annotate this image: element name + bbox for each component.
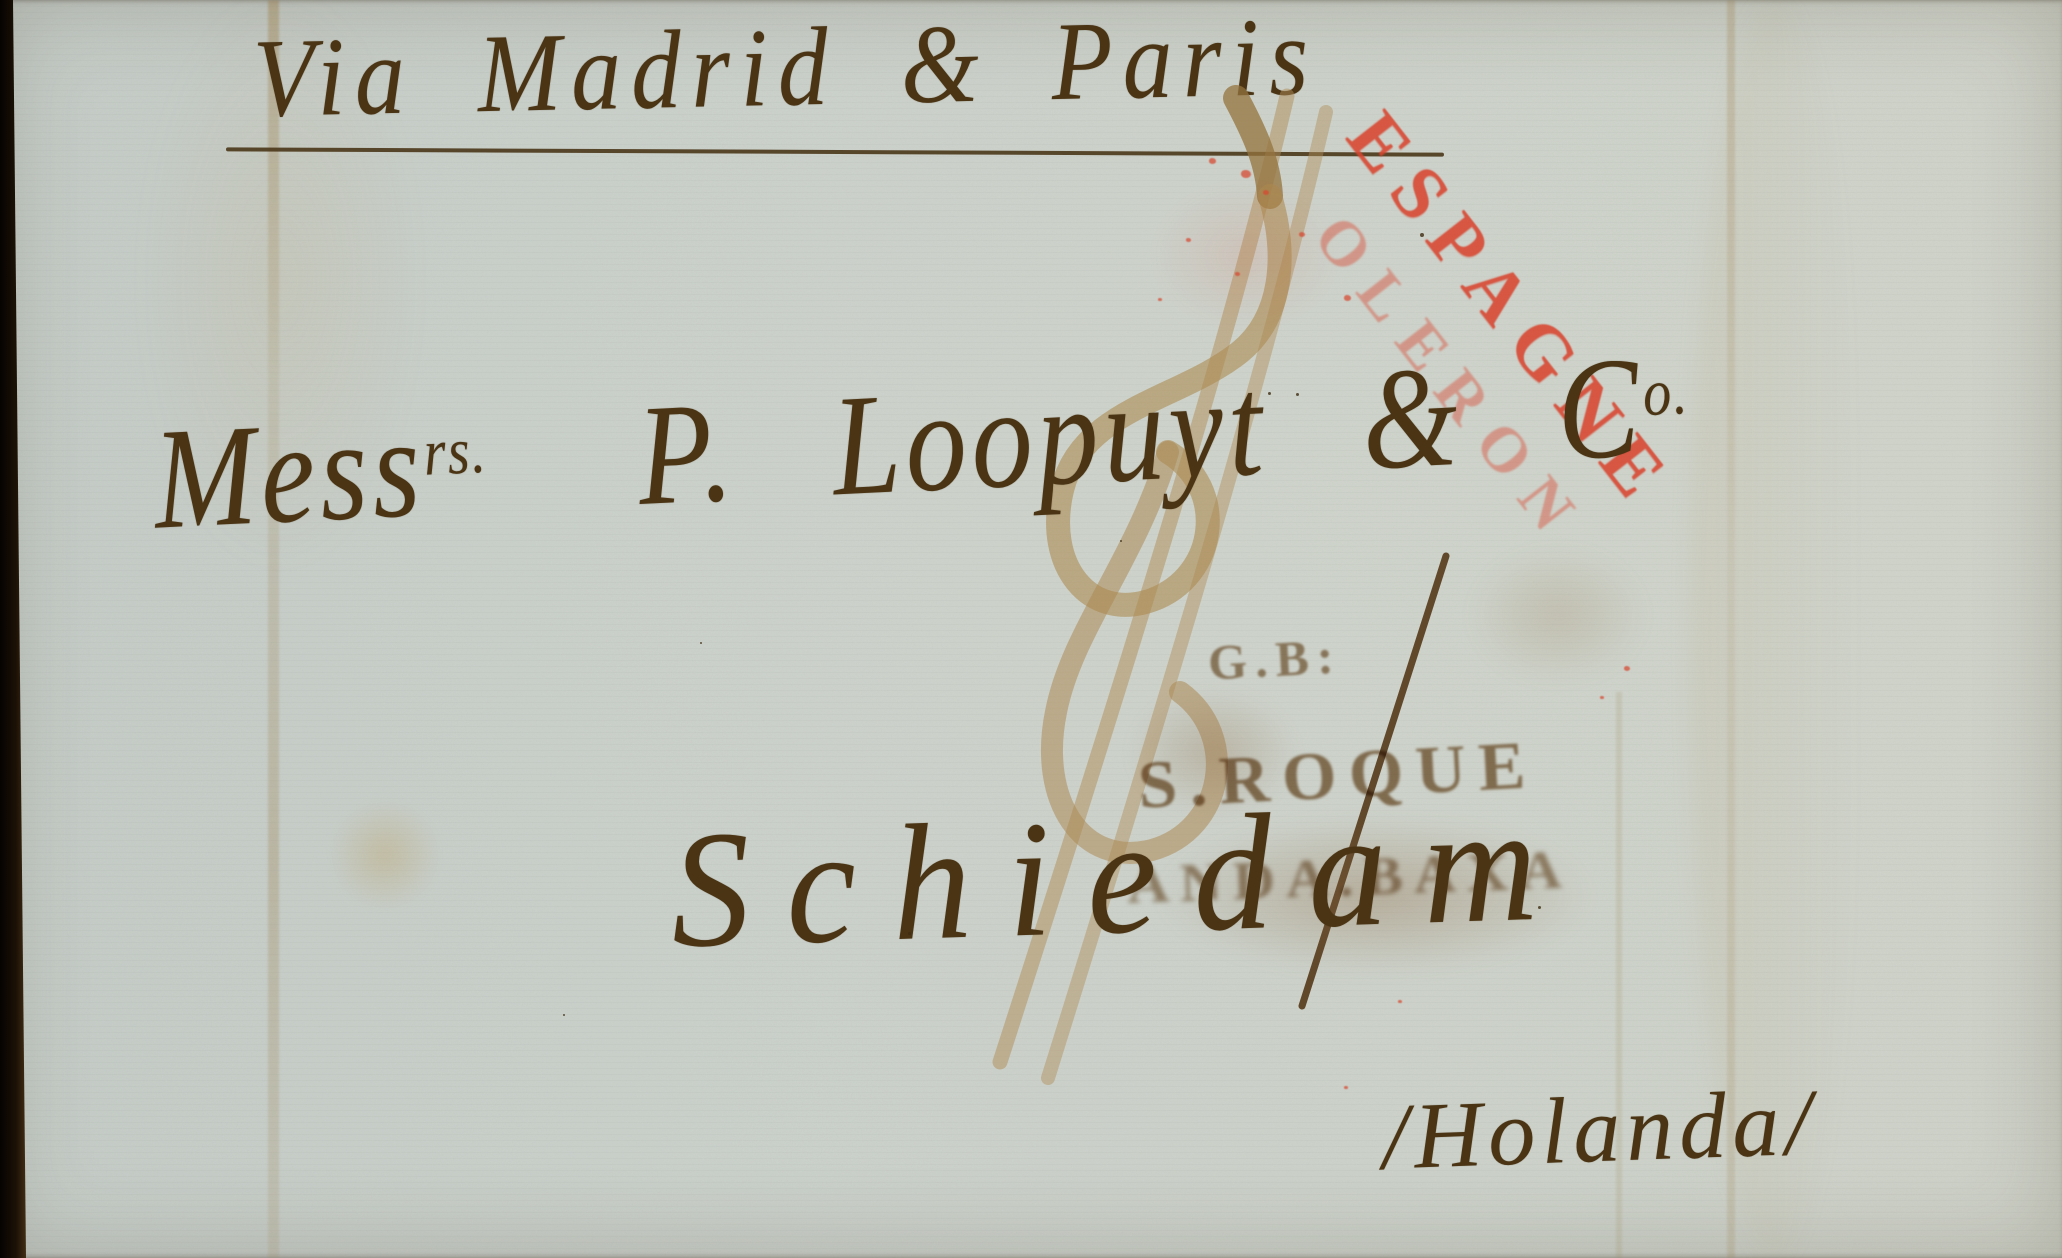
address-gap — [490, 504, 640, 511]
origin-stamp-line1: G.B: — [1207, 627, 1343, 692]
address-salutation-superscript: rs. — [422, 414, 489, 490]
vertical-fold-crease-left — [268, 0, 279, 1258]
address-country: /Holanda/ — [1380, 1068, 1819, 1191]
address-city: Schiedam — [668, 768, 1576, 987]
address-name-superscript: o. — [1641, 355, 1691, 430]
laid-paper-texture — [0, 0, 2062, 1258]
letter-photograph: Via Madrid & Paris ESPAGNE OLERON G.B: S… — [0, 0, 2062, 1258]
letter-paper: Via Madrid & Paris ESPAGNE OLERON G.B: S… — [0, 0, 2062, 1258]
address-salutation: Mess — [150, 387, 428, 559]
routing-note: Via Madrid & Paris — [252, 0, 1319, 143]
vertical-fold-crease-right — [1727, 0, 1735, 1258]
